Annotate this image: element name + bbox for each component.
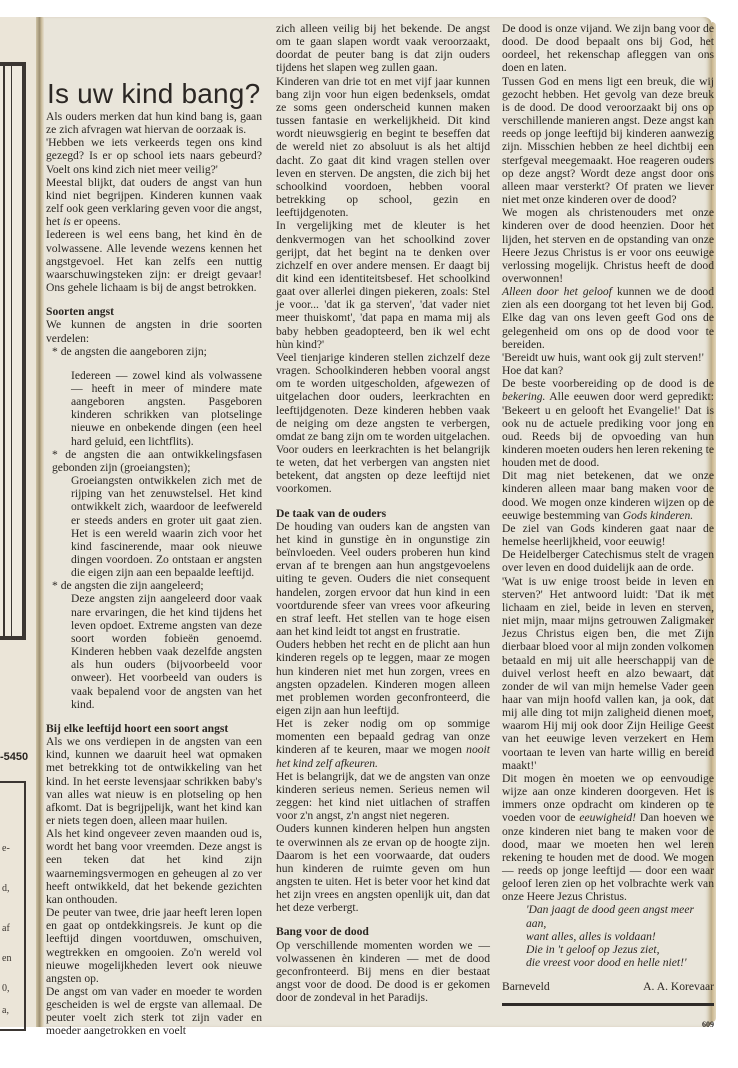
body-paragraph: Kinderen van drie tot en met vijf jaar k… (276, 75, 490, 220)
previous-page-ad-frame (0, 62, 26, 640)
body-paragraph: Als we ons verdiepen in de angsten van e… (46, 735, 262, 827)
article-signoff: Barneveld A. A. Korevaar (502, 980, 714, 993)
closing-rule (502, 1003, 714, 1006)
body-paragraph: Ouders hebben het recht en de plicht aan… (276, 638, 490, 717)
body-paragraph: De angst om van vader en moeder te worde… (46, 985, 262, 1038)
body-paragraph: De ziel van Gods kinderen gaat naar de h… (502, 522, 714, 548)
emphasis: eeuwigheid! (579, 811, 636, 824)
verse-line: Die in 't geloof op Jezus ziet, (502, 943, 714, 956)
body-paragraph: Alleen door het geloof kunnen we de dood… (502, 285, 714, 351)
body-paragraph: De dood is onze vijand. We zijn bang voo… (502, 22, 714, 75)
signoff-place: Barneveld (502, 980, 550, 993)
body-paragraph: Het is belangrijk, dat we de angsten van… (276, 770, 490, 823)
list-item-text: Deze angsten zijn aangeleerd door vaak n… (46, 592, 262, 710)
intro-paragraph: 'Hebben we iets verkeerds tegen ons kind… (46, 136, 262, 175)
previous-page-fragment: d, (2, 883, 10, 894)
article-column-2: zich alleen veilig bij het bekende. De a… (276, 22, 490, 1004)
intro-paragraph: Meestal blijkt, dat ouders de angst van … (46, 176, 262, 229)
article-column-1: Als ouders merken dat hun kind bang is, … (46, 110, 262, 1038)
list-bullet: * de angsten die zijn aangeleerd; (46, 579, 262, 592)
previous-page-phone-fragment: -5450 (0, 751, 28, 763)
body-paragraph: We mogen als christenouders met onze kin… (502, 206, 714, 285)
verse-line: 'Dan jaagt de dood geen angst meer aan, (502, 903, 714, 929)
section-heading-leeftijd: Bij elke leeftijd hoort een soort angst (46, 722, 262, 735)
emphasis: Gods kinderen. (623, 509, 693, 522)
body-paragraph: Op verschillende momenten worden we — vo… (276, 939, 490, 1005)
verse-line: want alles, alles is voldaan! (502, 930, 714, 943)
body-paragraph: De beste voorbereiding op de dood is de … (502, 377, 714, 469)
previous-page-edge: -5450 e- d, af en 0, a, (0, 17, 40, 1027)
body-paragraph: Dit mogen èn moeten we op eenvoudige wij… (502, 772, 714, 904)
section-heading-dood: Bang voor de dood (276, 925, 490, 938)
body-paragraph: Veel tienjarige kinderen stellen zichzel… (276, 351, 490, 496)
body-paragraph: In vergelijking met de kleuter is het de… (276, 219, 490, 351)
previous-page-box: e- d, af en 0, a, (0, 781, 26, 1031)
section-lead: We kunnen de angsten in drie soorten ver… (46, 318, 262, 344)
body-paragraph: Als het kind ongeveer zeven maanden oud … (46, 827, 262, 906)
body-paragraph: Tussen God en mens ligt een breuk, die w… (502, 75, 714, 207)
article-title: Is uw kind bang? (47, 79, 260, 109)
body-paragraph: Hoe dat kan? (502, 364, 714, 377)
emphasis: Alleen door het geloof (502, 285, 612, 298)
body-paragraph: Dit mag niet betekenen, dat we onze kind… (502, 469, 714, 522)
signoff-author: A. A. Korevaar (643, 980, 714, 993)
intro-paragraph: Als ouders merken dat hun kind bang is, … (46, 110, 262, 136)
book-gutter (36, 17, 44, 1027)
body-paragraph: De peuter van twee, drie jaar heeft lere… (46, 906, 262, 985)
article-column-3: De dood is onze vijand. We zijn bang voo… (502, 22, 714, 1032)
list-item-text: Iedereen — zowel kind als volwassene — h… (46, 369, 262, 448)
verse-line: die vreest voor dood en helle niet!' (502, 956, 714, 969)
previous-page-fragment: e- (2, 843, 10, 854)
body-paragraph: De Heidelberger Catechismus stelt de vra… (502, 548, 714, 574)
body-paragraph: Ouders kunnen kinderen helpen hun angste… (276, 822, 490, 914)
catechism-quote: 'Wat is uw enige troost beide in leven e… (502, 575, 714, 772)
section-heading-soorten: Soorten angst (46, 305, 262, 318)
list-bullet: * de angsten die aan ontwikkelingsfasen … (46, 448, 262, 474)
previous-page-fragment: en (2, 953, 11, 964)
list-bullet: * de angsten die aangeboren zijn; (46, 345, 262, 358)
intro-paragraph: Iedereen is wel eens bang, het kind èn d… (46, 228, 262, 294)
section-heading-taak: De taak van de ouders (276, 507, 490, 520)
body-paragraph: Het is zeker nodig om op sommige momente… (276, 717, 490, 770)
previous-page-fragment: a, (2, 1005, 9, 1016)
previous-page-fragment: 0, (2, 983, 10, 994)
body-paragraph: De houding van ouders kan de angsten van… (276, 520, 490, 638)
page-number: 609 (502, 1018, 714, 1031)
emphasis: bekering. (502, 390, 545, 403)
previous-page-fragment: af (2, 923, 10, 934)
list-item-text: Groeiangsten ontwikkelen zich met de rij… (46, 474, 262, 579)
body-paragraph: 'Bereidt uw huis, want ook gij zult ster… (502, 351, 714, 364)
body-paragraph-continued: zich alleen veilig bij het bekende. De a… (276, 22, 490, 75)
